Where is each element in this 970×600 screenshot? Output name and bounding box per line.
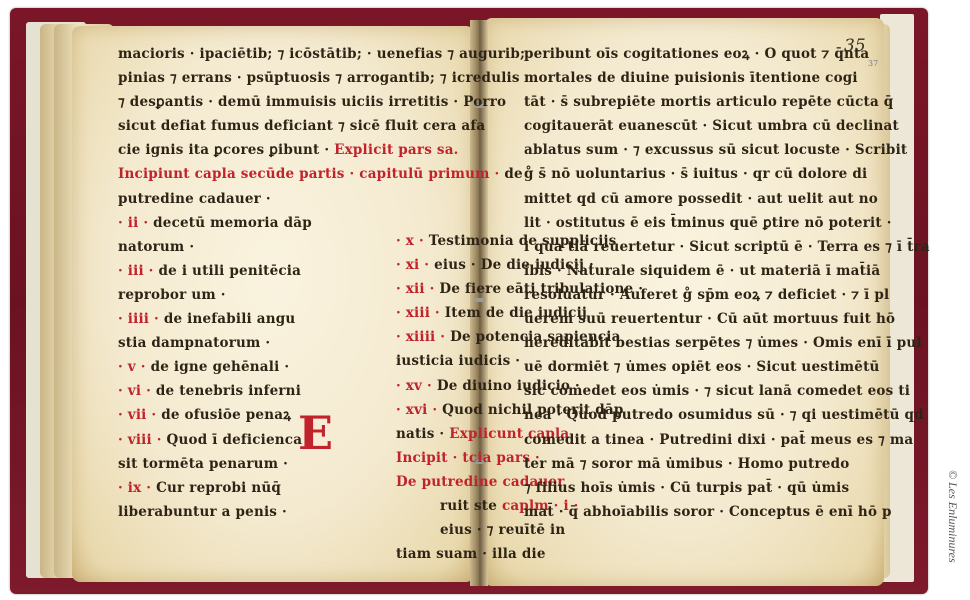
- decorated-initial-letter: E: [298, 410, 333, 456]
- copyright-notice: © Les Enluminures: [945, 470, 960, 600]
- text-line: mittet qd cū amore possedit · aut uelit …: [524, 187, 930, 211]
- right-page-text: peribunt oīs cogitationes eoꝝ · O quot ⁊…: [524, 42, 930, 524]
- text-line: ter mā ⁊ soror mā u̇mibus · Homo putredo: [524, 452, 930, 476]
- text-line: ⁊ desꝑantis · demū immuisis uiciis irret…: [118, 90, 525, 114]
- text-line: pinias ⁊ errans · psūptuosis ⁊ arroganti…: [118, 66, 525, 90]
- text-line: g̊ s̄ nō uoluntarius · s̄ iuitus · qr cū…: [524, 162, 930, 186]
- folio-number-ink: 35: [844, 36, 866, 56]
- text-line: macioris · ipaciētib; ⁊ icōstātib; · uen…: [118, 42, 525, 66]
- rubric-explicit-first-part: Explicit pars sa.: [334, 142, 458, 158]
- text-line: nea · Quod putredo osumidus sū · ⁊ qi ue…: [524, 403, 930, 427]
- text-line: sic comedet eos u̇mis · ⁊ sicut lanā com…: [524, 379, 930, 403]
- text-line: cogitauerāt euanescūt · Sicut umbra cū d…: [524, 114, 930, 138]
- text-line: lit · ostitutus ē eis t̄minus quē ꝑtire …: [524, 211, 930, 235]
- text-line: ibis · Naturale siquidem ē · ut materiā …: [524, 259, 930, 283]
- text-line: uē dormiēt ⁊ u̇mes opiēt eos · Sicut ues…: [524, 355, 930, 379]
- text-line: comedit a tinea · Putredini dixi · pat̄ …: [524, 428, 930, 452]
- text-line: hereditabit bestias serpētes ⁊ u̇mes · O…: [524, 331, 930, 355]
- text-line: cie ignis ita ꝑcores ꝑibunt · Explicit p…: [118, 138, 525, 162]
- text-line: i qua tiā reuertetur · Sicut scriptū ē ·…: [524, 235, 930, 259]
- text-line: mortales de diuine puisionis ītentione c…: [524, 66, 930, 90]
- folio-number-pencil: 37: [868, 59, 878, 68]
- text-line: tāt · s̄ subrepiēte mortis articulo repē…: [524, 90, 930, 114]
- text-line: sicut defiat fumus deficiant ⁊ sicē flui…: [118, 114, 525, 138]
- rubric-heading: Incipiunt capla secūde partis · capitulū…: [118, 166, 499, 182]
- chapter-line: tiam suam · illa die: [396, 542, 643, 566]
- text-line: uerem suū reuertentur · Cū aūt mortuus f…: [524, 307, 930, 331]
- text-line: resoluatur · Auferet g̊ sp̄m eoꝝ ⁊ defic…: [524, 283, 930, 307]
- text-line: ⁊ filius hoīs u̇mis · Cū turpis pat̄ · q…: [524, 476, 930, 500]
- text-line: ablatus sum · ⁊ excussus sū sicut locust…: [524, 138, 930, 162]
- toc-entry: putredine cadauer ·: [118, 187, 525, 211]
- text-line: mat̄ · q̄ abhoīabilis soror · Conceptus …: [524, 500, 930, 524]
- rubric-heading-line: Incipiunt capla secūde partis · capitulū…: [118, 162, 525, 186]
